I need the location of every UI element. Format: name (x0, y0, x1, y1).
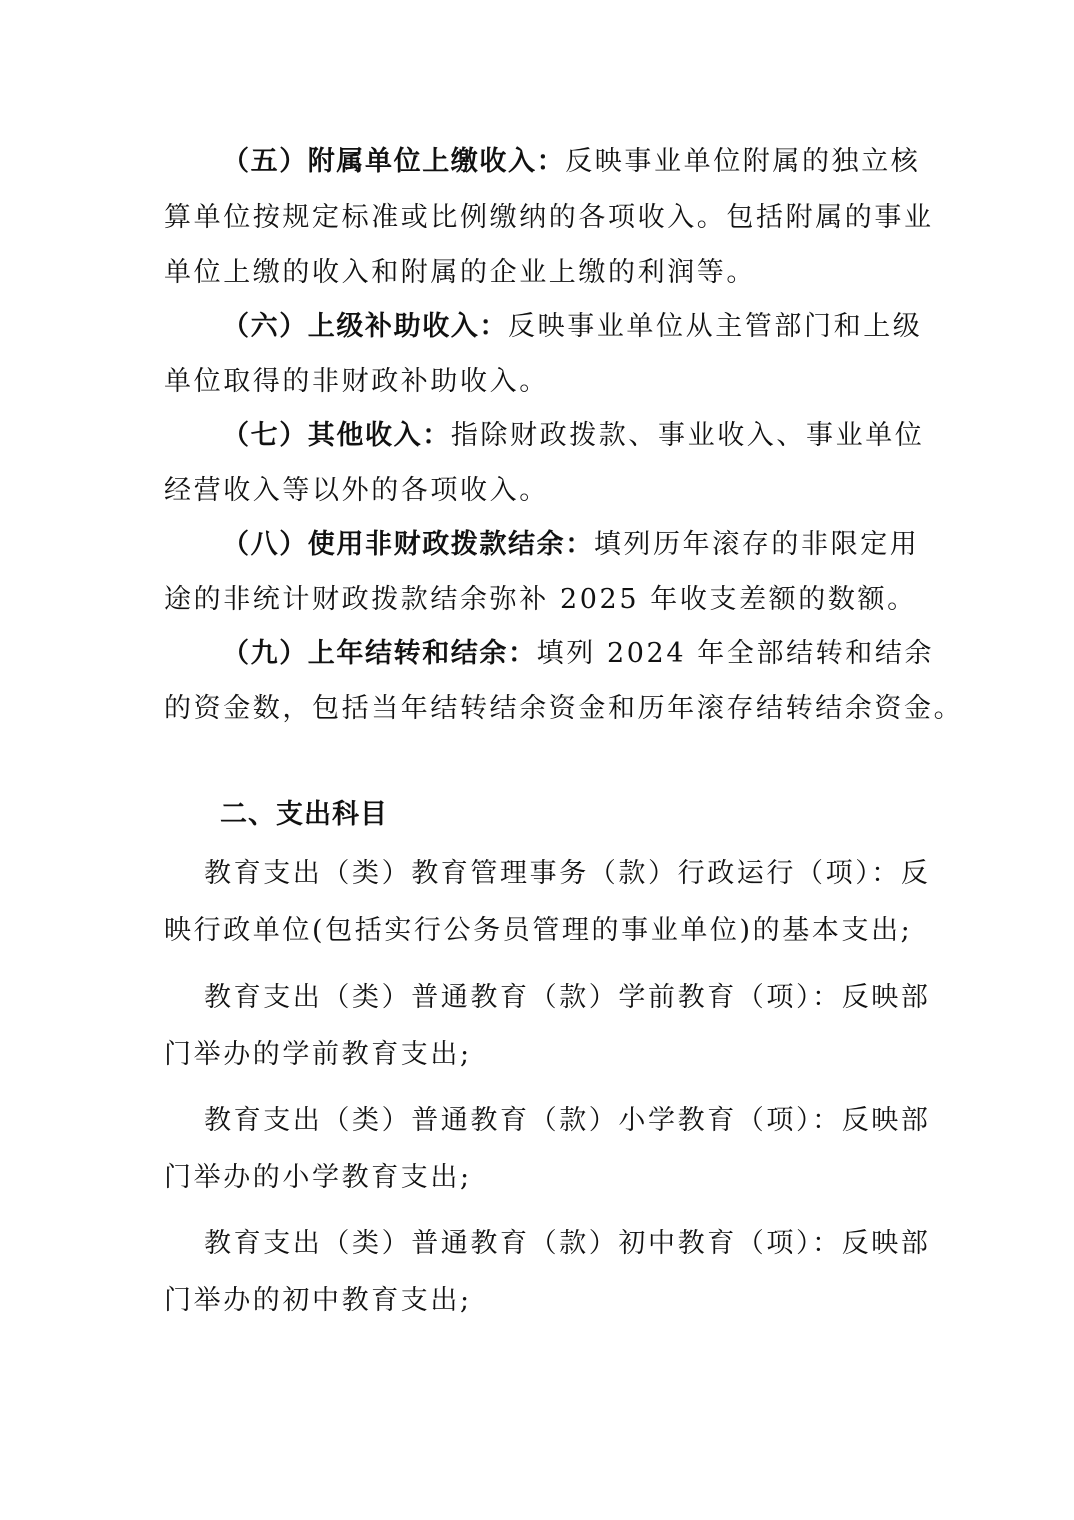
income-item-9-line-2: 的资金数，包括当年结转结余资金和历年滚存结转结余资金。 (164, 687, 924, 731)
income-item-6-line-1: （六）上级补助收入：反映事业单位从主管部门和上级 (222, 305, 982, 349)
document-page: （五）附属单位上缴收入：反映事业单位附属的独立核 算单位按规定标准或比例缴纳的各… (0, 0, 1074, 1520)
expense-item-4-line-2: 门举办的初中教育支出; (164, 1279, 924, 1323)
income-item-8-line-2: 途的非统计财政拨款结余弥补 2025 年收支差额的数额。 (164, 578, 924, 622)
income-item-7-line-1: （七）其他收入：指除财政拨款、事业收入、事业单位 (222, 414, 982, 458)
income-item-5-text: 反映事业单位附属的独立核 (565, 146, 920, 177)
income-item-7-line-2: 经营收入等以外的各项收入。 (164, 469, 924, 513)
income-item-5-label: （五）附属单位上缴收入： (222, 146, 565, 177)
income-item-6-line-2: 单位取得的非财政补助收入。 (164, 360, 924, 404)
income-item-8-line-1: （八）使用非财政拨款结余：填列历年滚存的非限定用 (222, 523, 982, 567)
income-item-5-line-1: （五）附属单位上缴收入：反映事业单位附属的独立核 (222, 140, 982, 184)
expense-item-3-line-2: 门举办的小学教育支出; (164, 1156, 924, 1200)
income-item-7-text: 指除财政拨款、事业收入、事业单位 (451, 420, 925, 451)
expense-item-1-line-1: 教育支出（类）教育管理事务（款）行政运行（项）：反 (204, 852, 964, 896)
expense-item-1-line-2: 映行政单位(包括实行公务员管理的事业单位)的基本支出; (164, 909, 924, 953)
income-item-6-text: 反映事业单位从主管部门和上级 (508, 311, 922, 342)
income-item-6-label: （六）上级补助收入： (222, 311, 508, 342)
income-item-8-text: 填列历年滚存的非限定用 (594, 529, 920, 560)
income-item-9-line-1: （九）上年结转和结余：填列 2024 年全部结转和结余 (222, 632, 982, 676)
income-item-8-label: （八）使用非财政拨款结余： (222, 529, 594, 560)
expense-item-2-line-2: 门举办的学前教育支出; (164, 1033, 924, 1077)
section-heading-expense: 二、支出科目 (220, 793, 388, 837)
expense-item-3-line-1: 教育支出（类）普通教育（款）小学教育（项）：反映部 (204, 1099, 964, 1143)
income-item-5-line-3: 单位上缴的收入和附属的企业上缴的利润等。 (164, 251, 924, 295)
income-item-9-label: （九）上年结转和结余： (222, 638, 537, 669)
expense-item-4-line-1: 教育支出（类）普通教育（款）初中教育（项）：反映部 (204, 1222, 964, 1266)
income-item-5-line-2: 算单位按规定标准或比例缴纳的各项收入。包括附属的事业 (164, 196, 924, 240)
income-item-7-label: （七）其他收入： (222, 420, 451, 451)
income-item-9-text: 填列 2024 年全部结转和结余 (537, 638, 934, 669)
expense-item-2-line-1: 教育支出（类）普通教育（款）学前教育（项）：反映部 (204, 976, 964, 1020)
